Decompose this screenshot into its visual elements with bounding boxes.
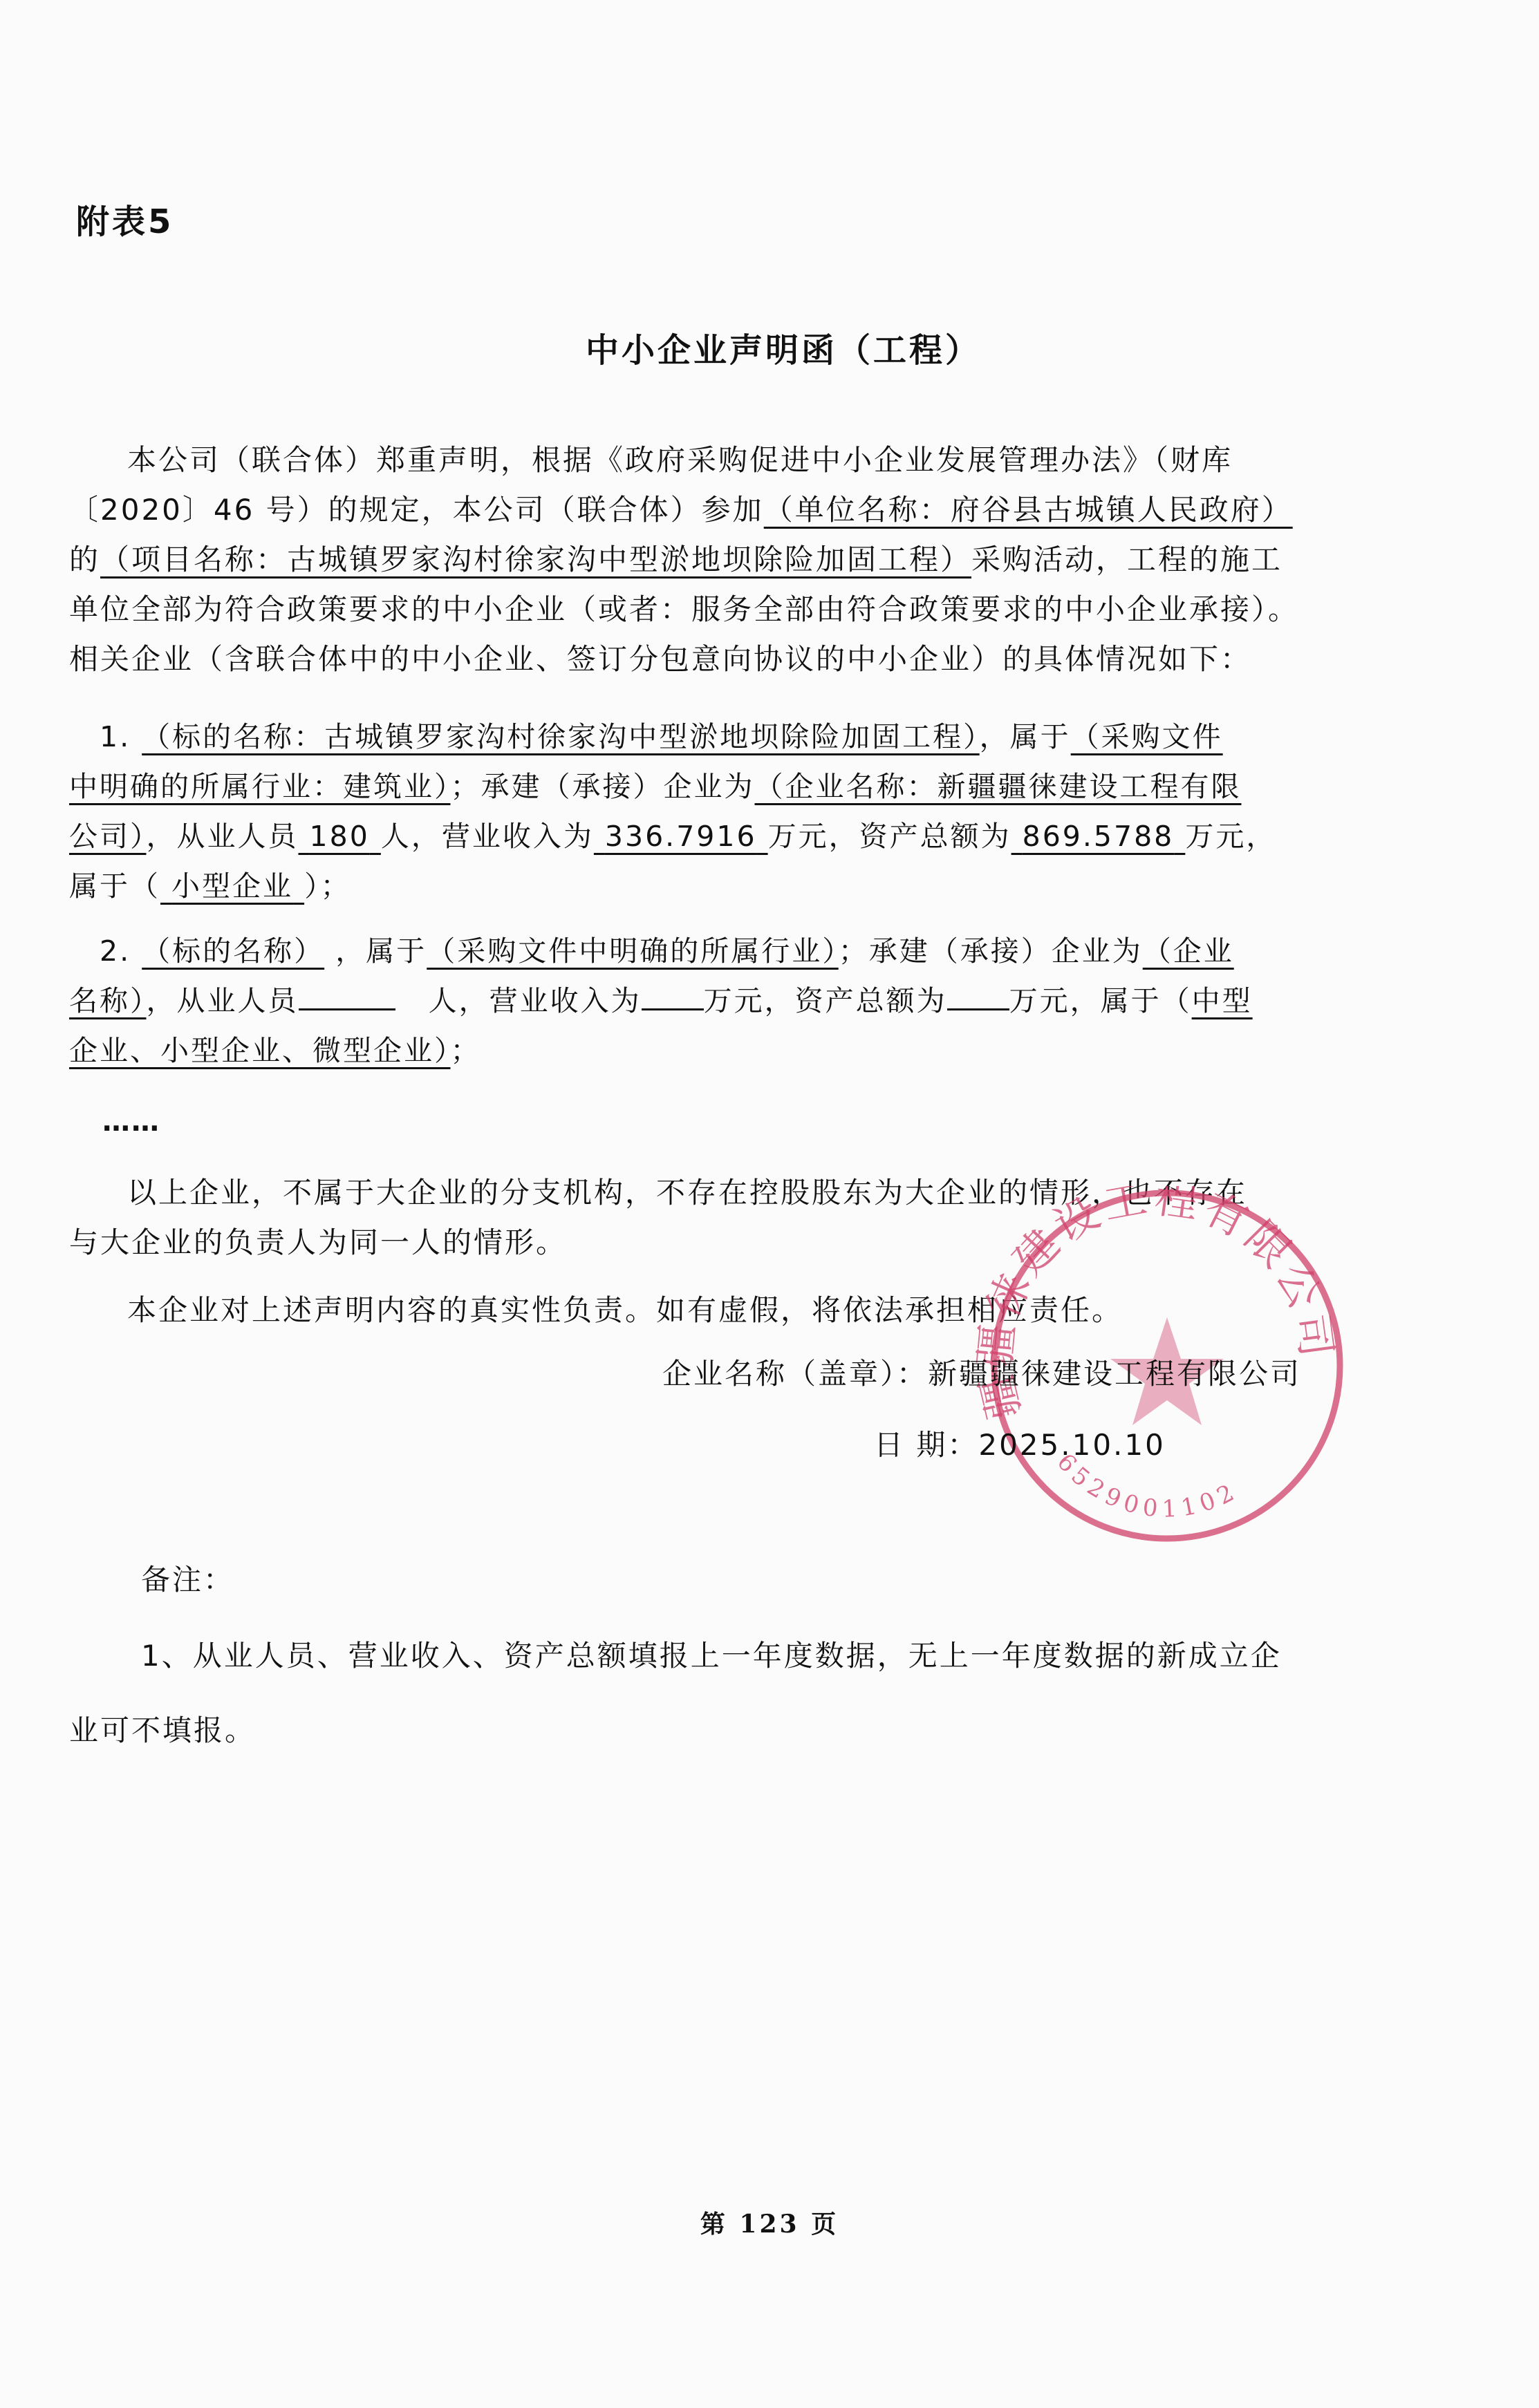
notes-heading: 备注： [69,1555,1355,1605]
intro-line-3-prefix: 的 [69,543,100,576]
item-industry: 中明确的所属行业：建筑业） [69,770,451,803]
ellipsis: …… [102,1106,160,1138]
item-1-line-2: 中明确的所属行业：建筑业）；承建（承接）企业为（企业名称：新疆疆徕建设工程有限 [69,762,1355,811]
note-1-line-2: 业可不填报。 [69,1706,1355,1756]
item-number: 2. [100,934,131,968]
revenue-value: 336.7916 [594,820,768,853]
company-name: 新疆疆徕建设工程有限公司 [928,1357,1301,1391]
statement-paragraph: 以上企业，不属于大企业的分支机构，不存在控股股东为大企业的情形，也不存在 与大企… [69,1168,1355,1268]
note-1-line-1: 1、从业人员、营业收入、资产总额填报上一年度数据，无上一年度数据的新成立企 [69,1631,1355,1681]
assets-label: 万元，资产总额为 [768,820,1011,853]
project-name: （项目名称：古城镇罗家沟村徐家沟中型淤地坝除险加固工程） [100,543,971,576]
intro-line-5: 相关企业（含联合体中的中小企业、签订分包意向协议的中小企业）的具体情况如下： [69,634,1355,684]
employees-label: ，从业人员 [147,984,299,1017]
item-1-line-4: 属于（ 小型企业 ）； [69,861,1355,911]
item-subject: （标的名称：古城镇罗家沟村徐家沟中型淤地坝除险加固工程） [142,720,980,753]
intro-line-1: 本公司（联合体）郑重声明，根据《政府采购促进中小企业发展管理办法》（财库 [69,435,1355,485]
category-label: 万元，属于（ [1009,984,1192,1017]
item-company: （企业名称：新疆疆徕建设工程有限 [755,770,1242,803]
item-subject: （标的名称） [142,934,324,968]
document-title: 中小企业声明函（工程） [0,323,1539,371]
revenue-label: 人，营业收入为 [381,820,594,853]
item-belongs-label: ，属于 [980,720,1071,753]
intro-line-2-prefix: 〔2020〕46 号）的规定，本公司（联合体）参加 [69,493,764,527]
date-value: 2025.10.10 [978,1428,1165,1462]
employees-blank [299,979,395,1010]
company-label: 企业名称（盖章）： [662,1357,928,1391]
employees-value: 180 [299,820,381,853]
responsibility-line: 本企业对上述声明内容的真实性负责。如有虚假，将依法承担相应责任。 [69,1286,1355,1335]
item-1-line-3: 公司），从业人员 180 人，营业收入为 336.7916 万元，资产总额为 8… [69,811,1355,861]
notes: 备注： [69,1555,1355,1605]
item-2-line-2: 名称），从业人员 人，营业收入为万元，资产总额为万元，属于（中型 [69,976,1355,1026]
intro-line-3: 的（项目名称：古城镇罗家沟村徐家沟中型淤地坝除险加固工程）采购活动，工程的施工 [69,535,1355,585]
item-2: 2. （标的名称） ，属于（采购文件中明确的所属行业）；承建（承接）企业为（企业… [69,926,1355,1075]
employees-label: ，从业人员 [147,820,299,853]
category-end: ）； [304,869,351,903]
intro-line-3-suffix: 采购活动，工程的施工 [971,543,1282,576]
appendix-label: 附表5 [76,195,174,243]
item-number: 1. [100,720,131,753]
intro-line-4: 单位全部为符合政策要求的中小企业（或者：服务全部由符合政策要求的中小企业承接）。 [69,585,1355,634]
item-2-line-1: 2. （标的名称） ，属于（采购文件中明确的所属行业）；承建（承接）企业为（企业 [69,926,1355,976]
item-1: 1. （标的名称：古城镇罗家沟村徐家沟中型淤地坝除险加固工程），属于（采购文件 … [69,712,1355,911]
statement-line-2: 与大企业的负责人为同一人的情形。 [69,1218,1355,1268]
document-page: 附表5 中小企业声明函（工程） 本公司（联合体）郑重声明，根据《政府采购促进中小… [0,0,1539,2408]
intro-line-2: 〔2020〕46 号）的规定，本公司（联合体）参加（单位名称：府谷县古城镇人民政… [69,485,1355,535]
revenue-label: 人，营业收入为 [429,984,642,1017]
date-label: 日 期： [874,1428,978,1462]
category-options: 企业、小型企业、微型企业） [69,1034,451,1067]
category-label: 属于（ [69,869,160,903]
category-end: ； [451,1034,481,1067]
assets-label: 万元，资产总额为 [704,984,947,1017]
category-value: 小型企业 [160,869,304,903]
page-number: 第 123 页 [0,2205,1539,2240]
item-1-line-1: 1. （标的名称：古城镇罗家沟村徐家沟中型淤地坝除险加固工程），属于（采购文件 [69,712,1355,762]
assets-unit: 万元， [1185,820,1276,853]
signature-company: 企业名称（盖章）：新疆疆徕建设工程有限公司 [662,1351,1301,1393]
statement-line-1: 以上企业，不属于大企业的分支机构，不存在控股股东为大企业的情形，也不存在 [69,1168,1355,1218]
item-belongs-label: ，属于 [335,934,427,968]
assets-value: 869.5788 [1011,820,1186,853]
assets-blank [947,979,1009,1010]
responsibility-paragraph: 本企业对上述声明内容的真实性负责。如有虚假，将依法承担相应责任。 [69,1286,1355,1335]
item-industry: （采购文件中明确的所属行业） [427,934,839,968]
purchaser-name: （单位名称：府谷县古城镇人民政府） [764,493,1293,527]
item-contractor-label: ；承建（承接）企业为 [839,934,1143,968]
signature-date: 日 期：2025.10.10 [874,1422,1166,1464]
item-contractor-label: ；承建（承接）企业为 [451,770,755,803]
intro-paragraph: 本公司（联合体）郑重声明，根据《政府采购促进中小企业发展管理办法》（财库 〔20… [69,435,1355,684]
revenue-blank [642,979,704,1010]
item-2-line-3: 企业、小型企业、微型企业）； [69,1026,1355,1075]
note-1: 1、从业人员、营业收入、资产总额填报上一年度数据，无上一年度数据的新成立企 业可… [69,1631,1355,1756]
